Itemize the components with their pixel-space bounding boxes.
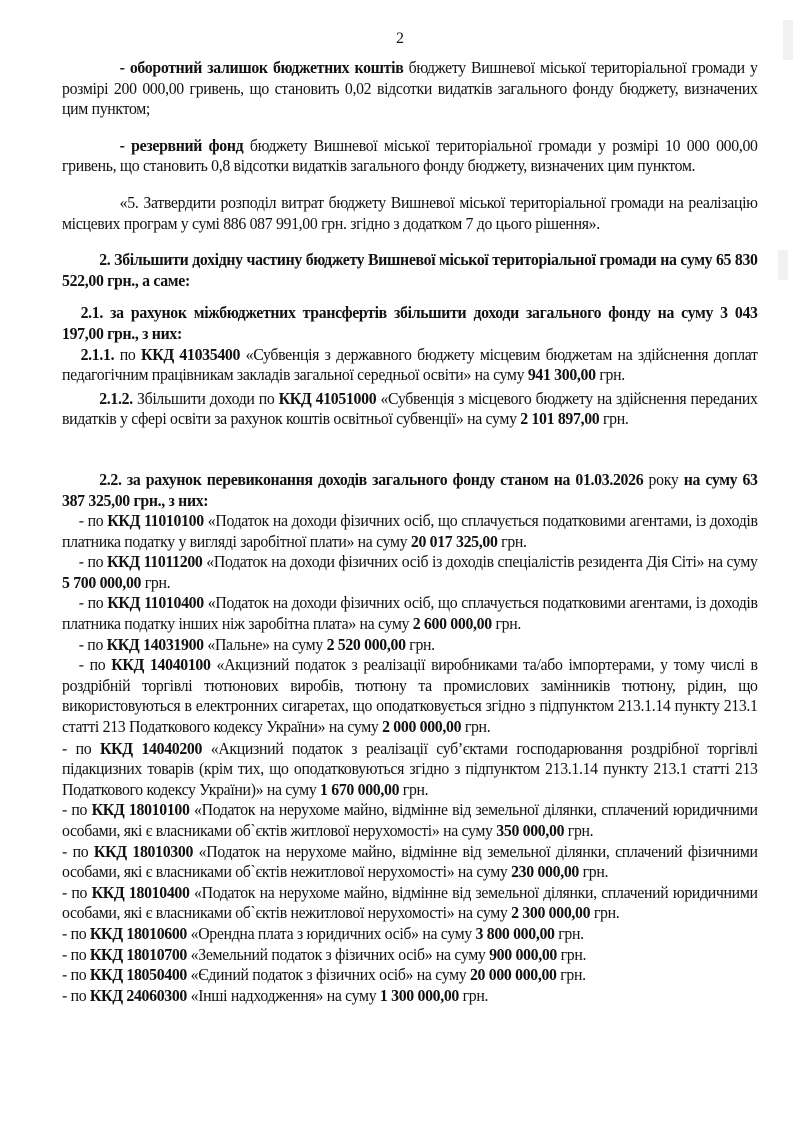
paragraph-2-1-1: 2.1.1. по ККД 41035400 «Субвенція з держ… [62, 345, 758, 386]
item-pre: - по [79, 655, 111, 674]
paragraph-2-1-2: 2.1.2. Збільшити доходи по ККД 41051000 … [62, 389, 758, 430]
document-body: - оборотний залишок бюджетних коштів бюд… [62, 58, 758, 1006]
revenue-item: - по ККД 14031900 «Пальне» на суму 2 520… [62, 635, 758, 656]
revenue-item: - по ККД 18010100 «Податок на нерухоме м… [62, 800, 758, 841]
item-pre: - по [62, 800, 92, 819]
item-text: «Інші надходження» на суму [187, 986, 380, 1005]
revenue-items-list: - по ККД 11010100 «Податок на доходи фіз… [62, 511, 758, 1006]
item-code: ККД 11010400 [107, 593, 204, 612]
item-code: ККД 14031900 [107, 635, 204, 654]
revenue-item: - по ККД 18050400 «Єдиний податок з фізи… [62, 965, 758, 986]
item-amount: 941 300,00 [528, 365, 596, 384]
item-pre: - по [79, 635, 107, 654]
reserve-fund-heading: - резервний фонд [120, 136, 244, 155]
item-unit: грн. [557, 945, 586, 964]
section-2-heading: 2. Збільшити дохідну частину бюджету Виш… [62, 250, 758, 290]
item-code: ККД 41035400 [141, 345, 240, 364]
item-code: ККД 24060300 [90, 986, 187, 1005]
item-amount: 5 700 000,00 [62, 573, 141, 592]
item-amount: 2 000 000,00 [382, 717, 461, 736]
working-balance-heading: - оборотний залишок бюджетних коштів [120, 58, 404, 77]
section-2-1-heading: 2.1. за рахунок міжбюджетних трансфертів… [62, 303, 758, 343]
item-code: ККД 18010700 [90, 945, 187, 964]
item-text: «Єдиний податок з фізичних осіб» на суму [187, 965, 470, 984]
paragraph-local-programs: «5. Затвердити розподіл витрат бюджету В… [62, 193, 758, 234]
revenue-item: - по ККД 11010400 «Податок на доходи фіз… [62, 593, 758, 634]
item-pre: - по [62, 924, 90, 943]
item-amount: 20 017 325,00 [411, 532, 498, 551]
item-amount: 2 520 000,00 [327, 635, 406, 654]
item-amount: 3 800 000,00 [476, 924, 555, 943]
item-unit: грн. [599, 409, 628, 428]
item-pre: - по [79, 511, 108, 530]
document-page: 2 - оборотний залишок бюджетних коштів б… [0, 0, 800, 1137]
item-code: ККД 11011200 [107, 552, 203, 571]
item-unit: грн. [406, 635, 435, 654]
item-unit: грн. [492, 614, 521, 633]
section-2-2-heading: 2.2. за рахунок перевиконання доходів за… [99, 470, 643, 489]
item-text: «Податок на доходи фізичних осіб із дохо… [203, 552, 758, 571]
item-unit: грн. [596, 365, 625, 384]
item-amount: 900 000,00 [489, 945, 557, 964]
item-code: ККД 18050400 [90, 965, 187, 984]
item-amount: 20 000 000,00 [470, 965, 557, 984]
revenue-item: - по ККД 18010700 «Земельний податок з ф… [62, 945, 758, 966]
item-number: 2.1.2. [99, 389, 133, 408]
item-unit: грн. [461, 717, 490, 736]
item-amount: 2 300 000,00 [511, 903, 590, 922]
item-unit: грн. [399, 780, 428, 799]
item-amount: 2 101 897,00 [520, 409, 599, 428]
paragraph-reserve-fund: - резервний фонд бюджету Вишневої місько… [62, 136, 758, 177]
item-number: 2.1.1. [81, 345, 115, 364]
item-unit: грн. [459, 986, 488, 1005]
revenue-item: - по ККД 11010100 «Податок на доходи фіз… [62, 511, 758, 552]
revenue-item: - по ККД 18010300 «Податок на нерухоме м… [62, 842, 758, 883]
paragraph-section-2: 2. Збільшити дохідну частину бюджету Виш… [62, 250, 758, 291]
page-number: 2 [0, 30, 800, 48]
local-programs-text: «5. Затвердити розподіл витрат бюджету В… [62, 193, 758, 233]
item-pre: Збільшити доходи по [133, 389, 279, 408]
item-unit: грн. [555, 924, 584, 943]
revenue-item: - по ККД 18010600 «Орендна плата з юриди… [62, 924, 758, 945]
item-amount: 230 000,00 [511, 862, 579, 881]
item-unit: грн. [590, 903, 619, 922]
paragraph-section-2-2: 2.2. за рахунок перевиконання доходів за… [62, 470, 758, 511]
paragraph-section-2-1: 2.1. за рахунок міжбюджетних трансфертів… [62, 303, 758, 344]
item-pre: - по [62, 739, 100, 758]
item-code: ККД 41051000 [279, 389, 377, 408]
scan-artifact [783, 20, 793, 60]
item-code: ККД 11010100 [107, 511, 204, 530]
paragraph-working-balance: - оборотний залишок бюджетних коштів бюд… [62, 58, 758, 120]
item-code: ККД 14040100 [111, 655, 210, 674]
item-code: ККД 18010600 [90, 924, 187, 943]
item-text: «Пальне» на суму [204, 635, 327, 654]
item-pre: - по [62, 842, 94, 861]
revenue-item: - по ККД 24060300 «Інші надходження» на … [62, 986, 758, 1007]
item-pre: - по [79, 552, 107, 571]
item-pre: - по [62, 945, 90, 964]
item-amount: 1 670 000,00 [320, 780, 399, 799]
item-unit: грн. [557, 965, 586, 984]
revenue-item: - по ККД 11011200 «Податок на доходи фіз… [62, 552, 758, 593]
item-pre: - по [62, 965, 90, 984]
item-pre: - по [62, 883, 92, 902]
revenue-item: - по ККД 14040100 «Акцизний податок з ре… [62, 655, 758, 737]
item-text: «Орендна плата з юридичних осіб» на суму [187, 924, 476, 943]
item-text: «Земельний податок з фізичних осіб» на с… [187, 945, 489, 964]
item-code: ККД 14040200 [100, 739, 202, 758]
item-code: ККД 18010100 [92, 800, 190, 819]
item-amount: 2 600 000,00 [413, 614, 492, 633]
item-amount: 1 300 000,00 [380, 986, 459, 1005]
item-unit: грн. [579, 862, 608, 881]
scan-artifact [778, 250, 788, 280]
item-code: ККД 18010300 [94, 842, 193, 861]
item-pre: по [114, 345, 141, 364]
revenue-item: - по ККД 14040200 «Акцизний податок з ре… [62, 739, 758, 801]
item-amount: 350 000,00 [496, 821, 564, 840]
item-unit: грн. [141, 573, 170, 592]
item-unit: грн. [564, 821, 593, 840]
revenue-item: - по ККД 18010400 «Податок на нерухоме м… [62, 883, 758, 924]
item-unit: грн. [498, 532, 527, 551]
item-code: ККД 18010400 [92, 883, 190, 902]
section-2-2-year: року [643, 470, 683, 489]
item-pre: - по [79, 593, 108, 612]
item-pre: - по [62, 986, 90, 1005]
